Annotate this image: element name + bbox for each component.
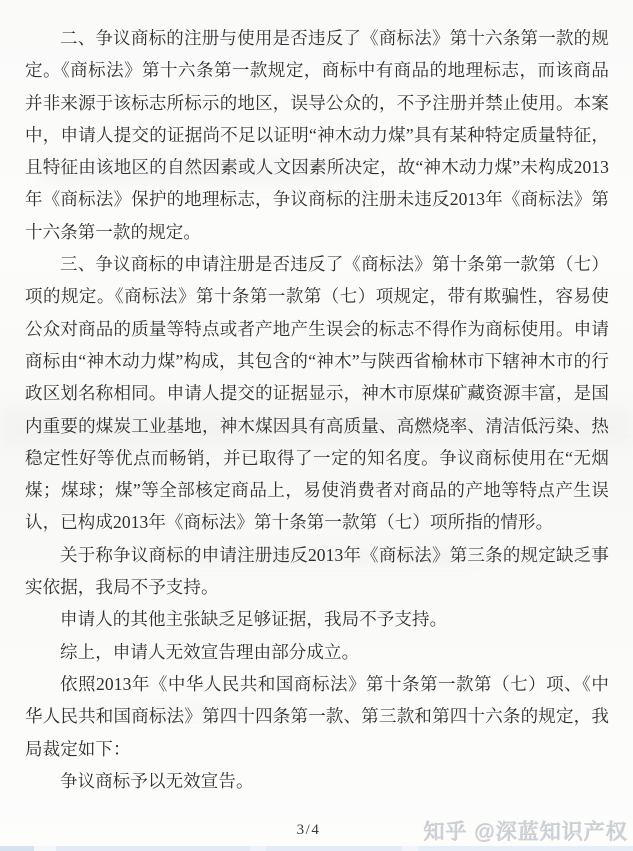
- paragraph-ruling: 争议商标予以无效宣告。: [25, 765, 609, 797]
- paragraph-legal-basis: 依照2013年《中华人民共和国商标法》第十条第一款第（七）项、《中华人民共和国商…: [25, 668, 609, 765]
- paragraph-article-3-claim: 关于称争议商标的申请注册违反2013年《商标法》第三条的规定缺乏事实依据，我局不…: [25, 539, 609, 604]
- zhihu-watermark: 知乎 @深蓝知识产权: [424, 816, 628, 846]
- paragraph-section-3-article-10: 三、争议商标的申请注册是否违反了《商标法》第十条第一款第（七）项的规定。《商标法…: [25, 248, 609, 539]
- paragraph-conclusion-summary: 综上，申请人无效宣告理由部分成立。: [25, 636, 609, 668]
- paragraph-other-claims: 申请人的其他主张缺乏足够证据，我局不予支持。: [25, 603, 609, 635]
- document-body: 二、争议商标的注册与使用是否违反了《商标法》第十六条第一款的规定。《商标法》第十…: [25, 22, 609, 797]
- paragraph-section-2-article-16: 二、争议商标的注册与使用是否违反了《商标法》第十六条第一款的规定。《商标法》第十…: [25, 22, 609, 248]
- scan-edge-strip: [0, 846, 633, 851]
- scanned-document-page: 二、争议商标的注册与使用是否违反了《商标法》第十六条第一款的规定。《商标法》第十…: [0, 0, 633, 851]
- page-number: 3/4: [297, 822, 321, 839]
